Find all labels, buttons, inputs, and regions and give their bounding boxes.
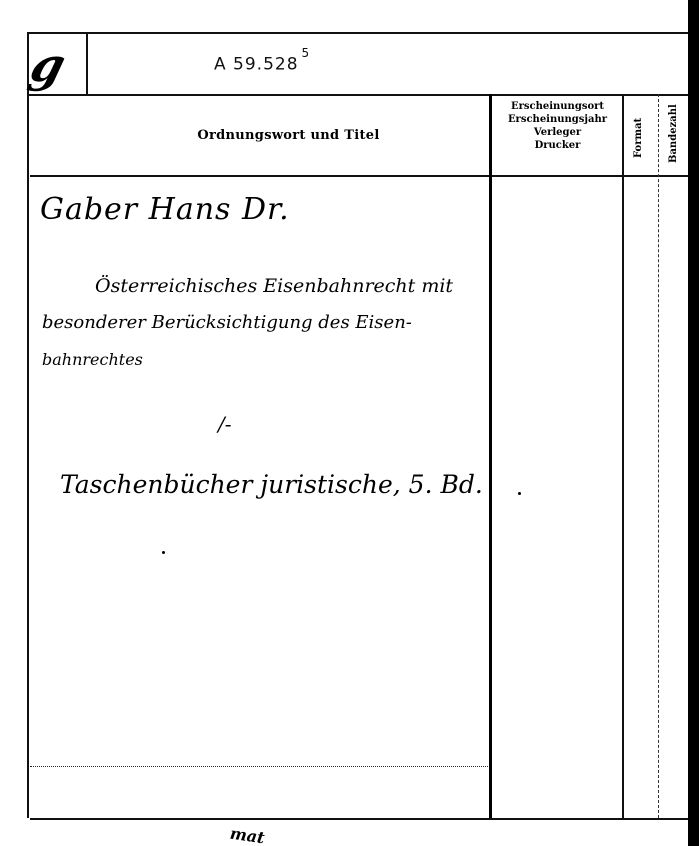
entry-separator-mark: /- bbox=[218, 412, 232, 436]
header-title-column: Ordnungswort und Titel bbox=[87, 95, 490, 175]
call-number-main: A 59.528 bbox=[214, 55, 299, 75]
entry-title-line-3: bahnrechtes bbox=[42, 350, 143, 369]
header-place: Erscheinungsort bbox=[492, 100, 623, 113]
corner-mark: g bbox=[25, 38, 72, 92]
entry-series: Taschenbücher juristische, 5. Bd. bbox=[60, 470, 483, 499]
card-top-border bbox=[27, 32, 688, 34]
header-bottom-border bbox=[30, 175, 688, 177]
card-bottom-border bbox=[30, 818, 688, 820]
stray-dot bbox=[518, 492, 521, 495]
header-volumes-column: Bandezahl bbox=[668, 100, 679, 168]
header-printer: Drucker bbox=[492, 139, 623, 152]
entry-author: Gaber Hans Dr. bbox=[40, 192, 290, 227]
format-column-divider bbox=[622, 94, 624, 818]
footer-row-divider bbox=[30, 766, 490, 767]
entry-title-line-1: Österreichisches Eisenbahnrecht mit bbox=[95, 275, 453, 297]
scan-edge-shadow bbox=[688, 0, 699, 846]
card-left-border bbox=[27, 32, 29, 818]
header-year: Erscheinungsjahr bbox=[492, 113, 623, 126]
stray-dot bbox=[162, 551, 165, 554]
entry-title-line-2: besonderer Berücksichtigung des Eisen- bbox=[42, 312, 412, 333]
call-number: A 59.5285 bbox=[214, 52, 310, 75]
corner-box-divider bbox=[86, 32, 88, 94]
publication-column-divider bbox=[489, 94, 492, 818]
bottom-handwritten-mark: mat bbox=[229, 824, 266, 846]
header-publisher: Verleger bbox=[492, 126, 623, 139]
header-format-column: Format bbox=[633, 112, 644, 164]
volumes-column-divider bbox=[658, 94, 659, 818]
header-publication-column: Erscheinungsort Erscheinungsjahr Verlege… bbox=[492, 100, 623, 152]
call-number-superscript: 5 bbox=[302, 46, 311, 60]
